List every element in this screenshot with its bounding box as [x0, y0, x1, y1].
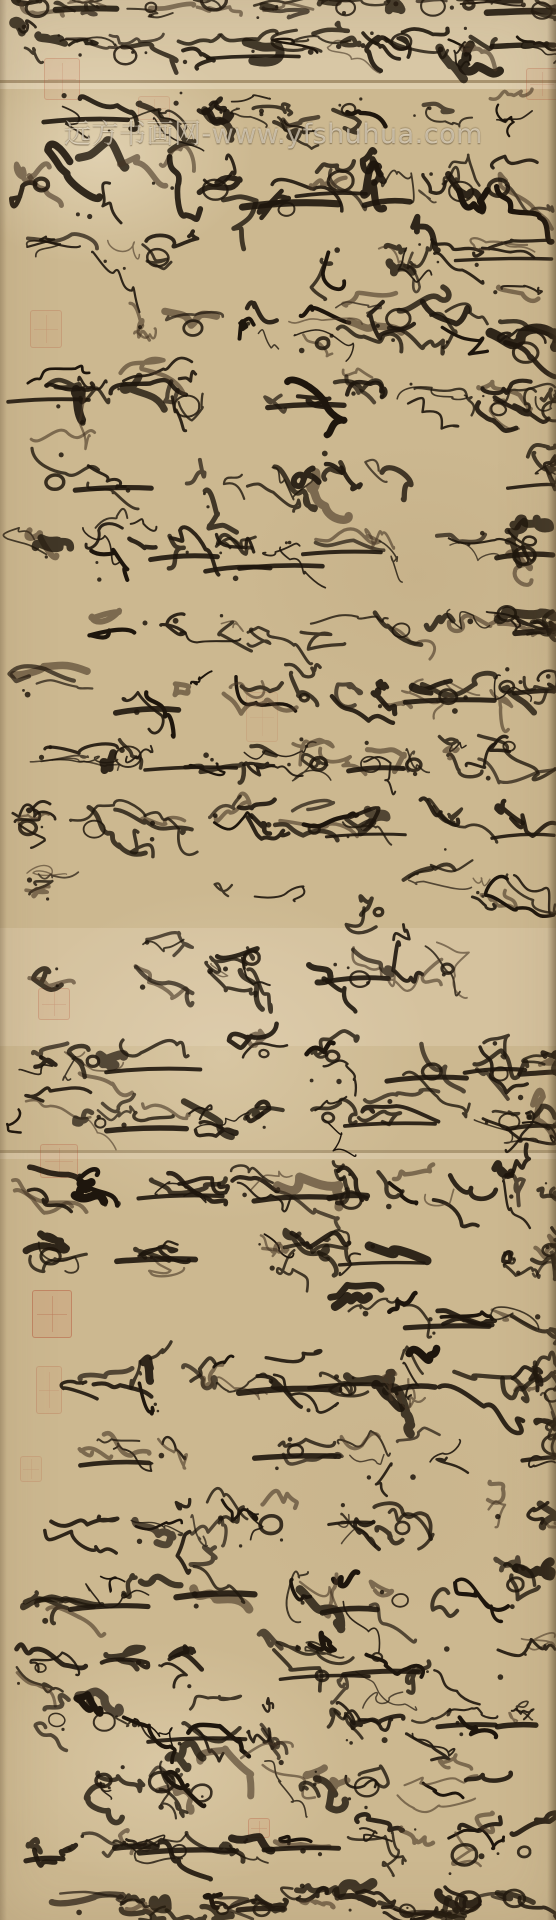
- ink-row: [45, 1482, 556, 1573]
- ink-row: [27, 217, 483, 312]
- ink-row: [130, 287, 487, 361]
- ink-row: [331, 1285, 556, 1343]
- ink-row: [79, 1420, 556, 1496]
- ink-row: [89, 606, 555, 663]
- ink-row: [52, 1883, 556, 1920]
- ink-row: [19, 1024, 556, 1117]
- ink-row: [3, 509, 552, 588]
- ink-row: [35, 1676, 535, 1762]
- ink-row: [44, 89, 532, 151]
- ink-row: [87, 1742, 511, 1823]
- ink-row: [30, 736, 556, 795]
- ink-row: [13, 21, 556, 79]
- ink-row: [13, 0, 556, 19]
- ink-row: [26, 860, 556, 932]
- ink-row: [29, 925, 469, 1013]
- ink-row: [17, 1631, 555, 1710]
- ink-row: [9, 664, 556, 736]
- ink-row: [61, 1342, 556, 1434]
- ink-row: [26, 1813, 556, 1879]
- calligraphy-scroll: 远方书画网-www.yfshuhua.com: [0, 0, 556, 1920]
- ink-row: [31, 430, 556, 532]
- ink-row: [7, 1088, 556, 1156]
- ink-row: [11, 140, 553, 249]
- ink-row: [8, 358, 556, 449]
- ink-row: [22, 1547, 551, 1652]
- ink-row: [26, 1228, 556, 1292]
- ink-row: [13, 794, 555, 857]
- ink-row: [13, 1144, 556, 1228]
- ink-layer: [0, 0, 556, 1920]
